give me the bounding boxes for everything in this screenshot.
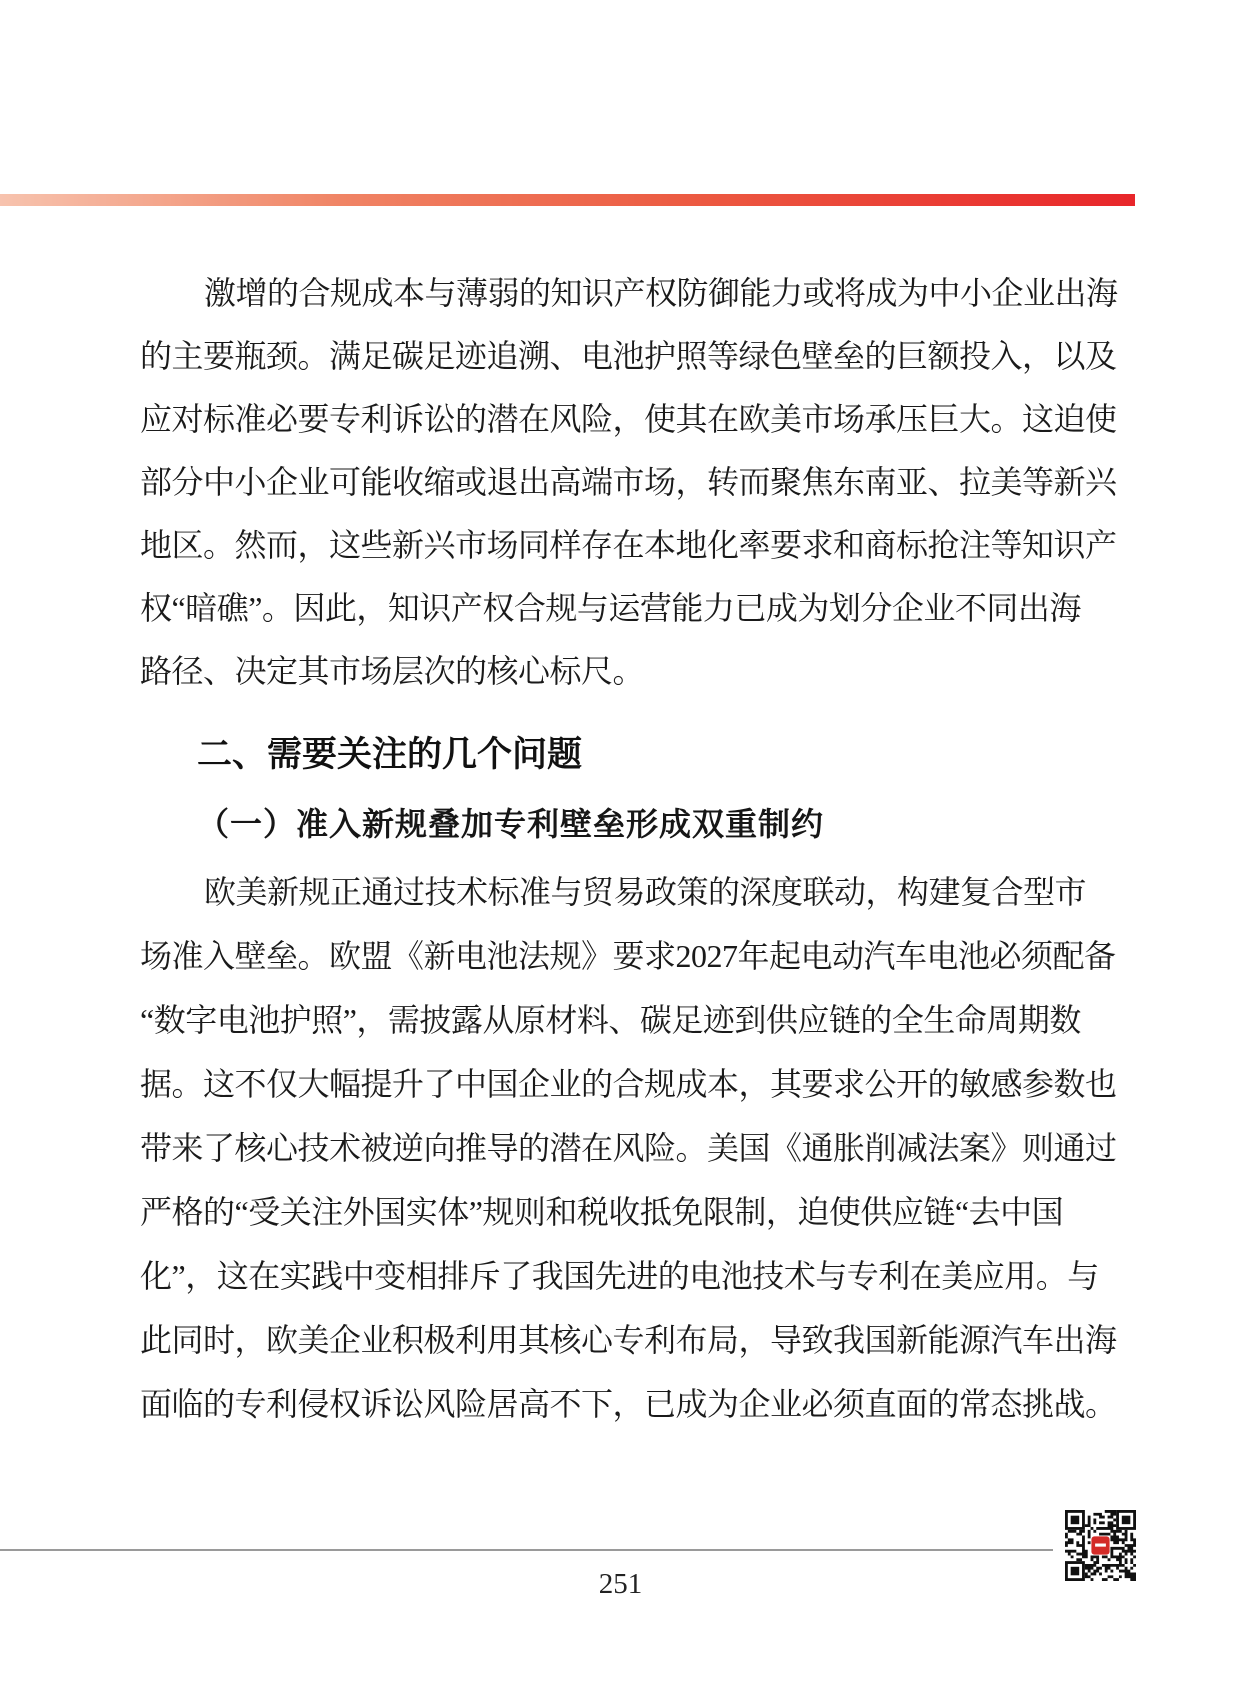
paragraph-1: 激增的合规成本与薄弱的知识产权防御能力或将成为中小企业出海 的主要瓶颈。满足碳足… [140,262,1063,703]
paragraph-line: 权“暗礁”。因此，知识产权合规与运营能力已成为划分企业不同出海 [140,577,1063,640]
paragraph-line: 严格的“受关注外国实体”规则和税收抵免限制，迫使供应链“去中国 [140,1180,1063,1244]
top-accent-bar [0,194,1135,206]
paragraph-line: 面临的专利侵权诉讼风险居高不下，已成为企业必须直面的常态挑战。 [140,1372,1063,1436]
paragraph-line: 据。这不仅大幅提升了中国企业的合规成本，其要求公开的敏感参数也 [140,1052,1063,1116]
paragraph-line: 应对标准必要专利诉讼的潜在风险，使其在欧美市场承压巨大。这迫使 [140,388,1063,451]
paragraph-line: 地区。然而，这些新兴市场同样存在本地化率要求和商标抢注等知识产 [140,514,1063,577]
paragraph-line: 欧美新规正通过技术标准与贸易政策的深度联动，构建复合型市 [140,860,1063,924]
subsection-heading: （一）准入新规叠加专利壁垒形成双重制约 [140,804,1063,844]
paragraph-line: 路径、决定其市场层次的核心标尺。 [140,640,1063,703]
paragraph-line: 带来了核心技术被逆向推导的潜在风险。美国《通胀削减法案》则通过 [140,1116,1063,1180]
paragraph-line: 激增的合规成本与薄弱的知识产权防御能力或将成为中小企业出海 [140,262,1063,325]
section-heading: 二、需要关注的几个问题 [140,733,1063,777]
paragraph-line: 化”，这在实践中变相排斥了我国先进的电池技术与专利在美应用。与 [140,1244,1063,1308]
paragraph-line: 此同时，欧美企业积极利用其核心专利布局，导致我国新能源汽车出海 [140,1308,1063,1372]
paragraph-line: 部分中小企业可能收缩或退出高端市场，转而聚焦东南亚、拉美等新兴 [140,451,1063,514]
footer-rule [0,1549,1053,1551]
paragraph-line: 场准入壁垒。欧盟《新电池法规》要求2027年起电动汽车电池必须配备 [140,924,1063,988]
page-number: 251 [0,1566,1241,1602]
document-page: 激增的合规成本与薄弱的知识产权防御能力或将成为中小企业出海 的主要瓶颈。满足碳足… [0,0,1241,1684]
paragraph-line: 的主要瓶颈。满足碳足迹追溯、电池护照等绿色壁垒的巨额投入，以及 [140,325,1063,388]
paragraph-2: 欧美新规正通过技术标准与贸易政策的深度联动，构建复合型市 场准入壁垒。欧盟《新电… [140,860,1063,1436]
paragraph-line: “数字电池护照”，需披露从原材料、碳足迹到供应链的全生命周期数 [140,988,1063,1052]
